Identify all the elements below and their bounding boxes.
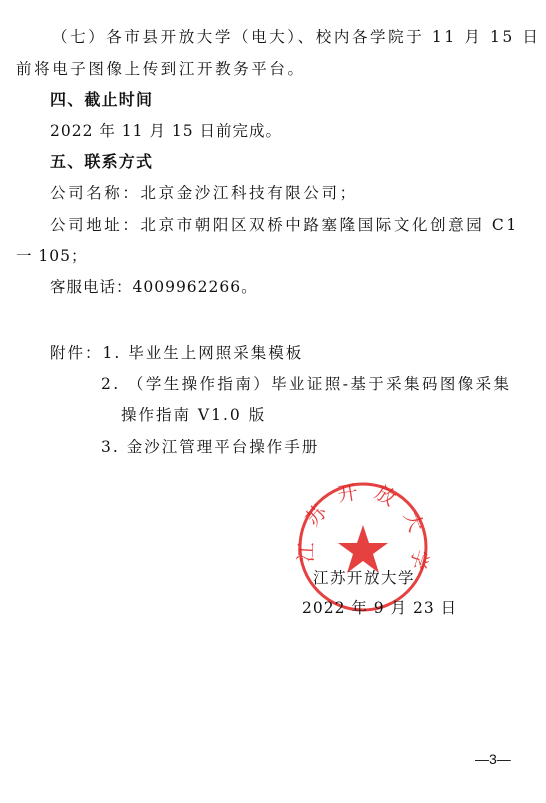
section-four-body: 2022 年 11 月 15 日前完成。 (50, 121, 282, 141)
section-seven-line1: （七）各市县开放大学（电大）、校内各学院于 11 月 15 日 (52, 27, 541, 47)
company-address-line2: 一 105； (16, 246, 88, 266)
section-seven-line2: 前将电子图像上传到江开教务平台。 (16, 59, 306, 79)
company-name: 公司名称：北京金沙江科技有限公司； (50, 183, 358, 203)
attachment-item2-line2: 操作指南 V1.0 版 (121, 405, 266, 425)
page-number: —3— (475, 751, 511, 767)
attachment-item3: 3. 金沙江管理平台操作手册 (101, 437, 319, 457)
section-four-heading: 四、截止时间 (50, 90, 153, 110)
company-address-line1: 公司地址：北京市朝阳区双桥中路塞隆国际文化创意园 C1 (50, 215, 519, 235)
official-seal-icon: 江苏开放大学 (296, 480, 430, 614)
attachment-item1: 附件：1. 毕业生上网照采集模板 (50, 343, 303, 363)
service-phone: 客服电话：4009962266。 (50, 277, 258, 297)
attachment-item2-line1: 2. （学生操作指南）毕业证照-基于采集码图像采集 (101, 374, 511, 394)
section-five-heading: 五、联系方式 (50, 152, 153, 172)
signature-organization: 江苏开放大学 (313, 566, 415, 588)
signature-date: 2022 年 9 月 23 日 (302, 596, 457, 618)
